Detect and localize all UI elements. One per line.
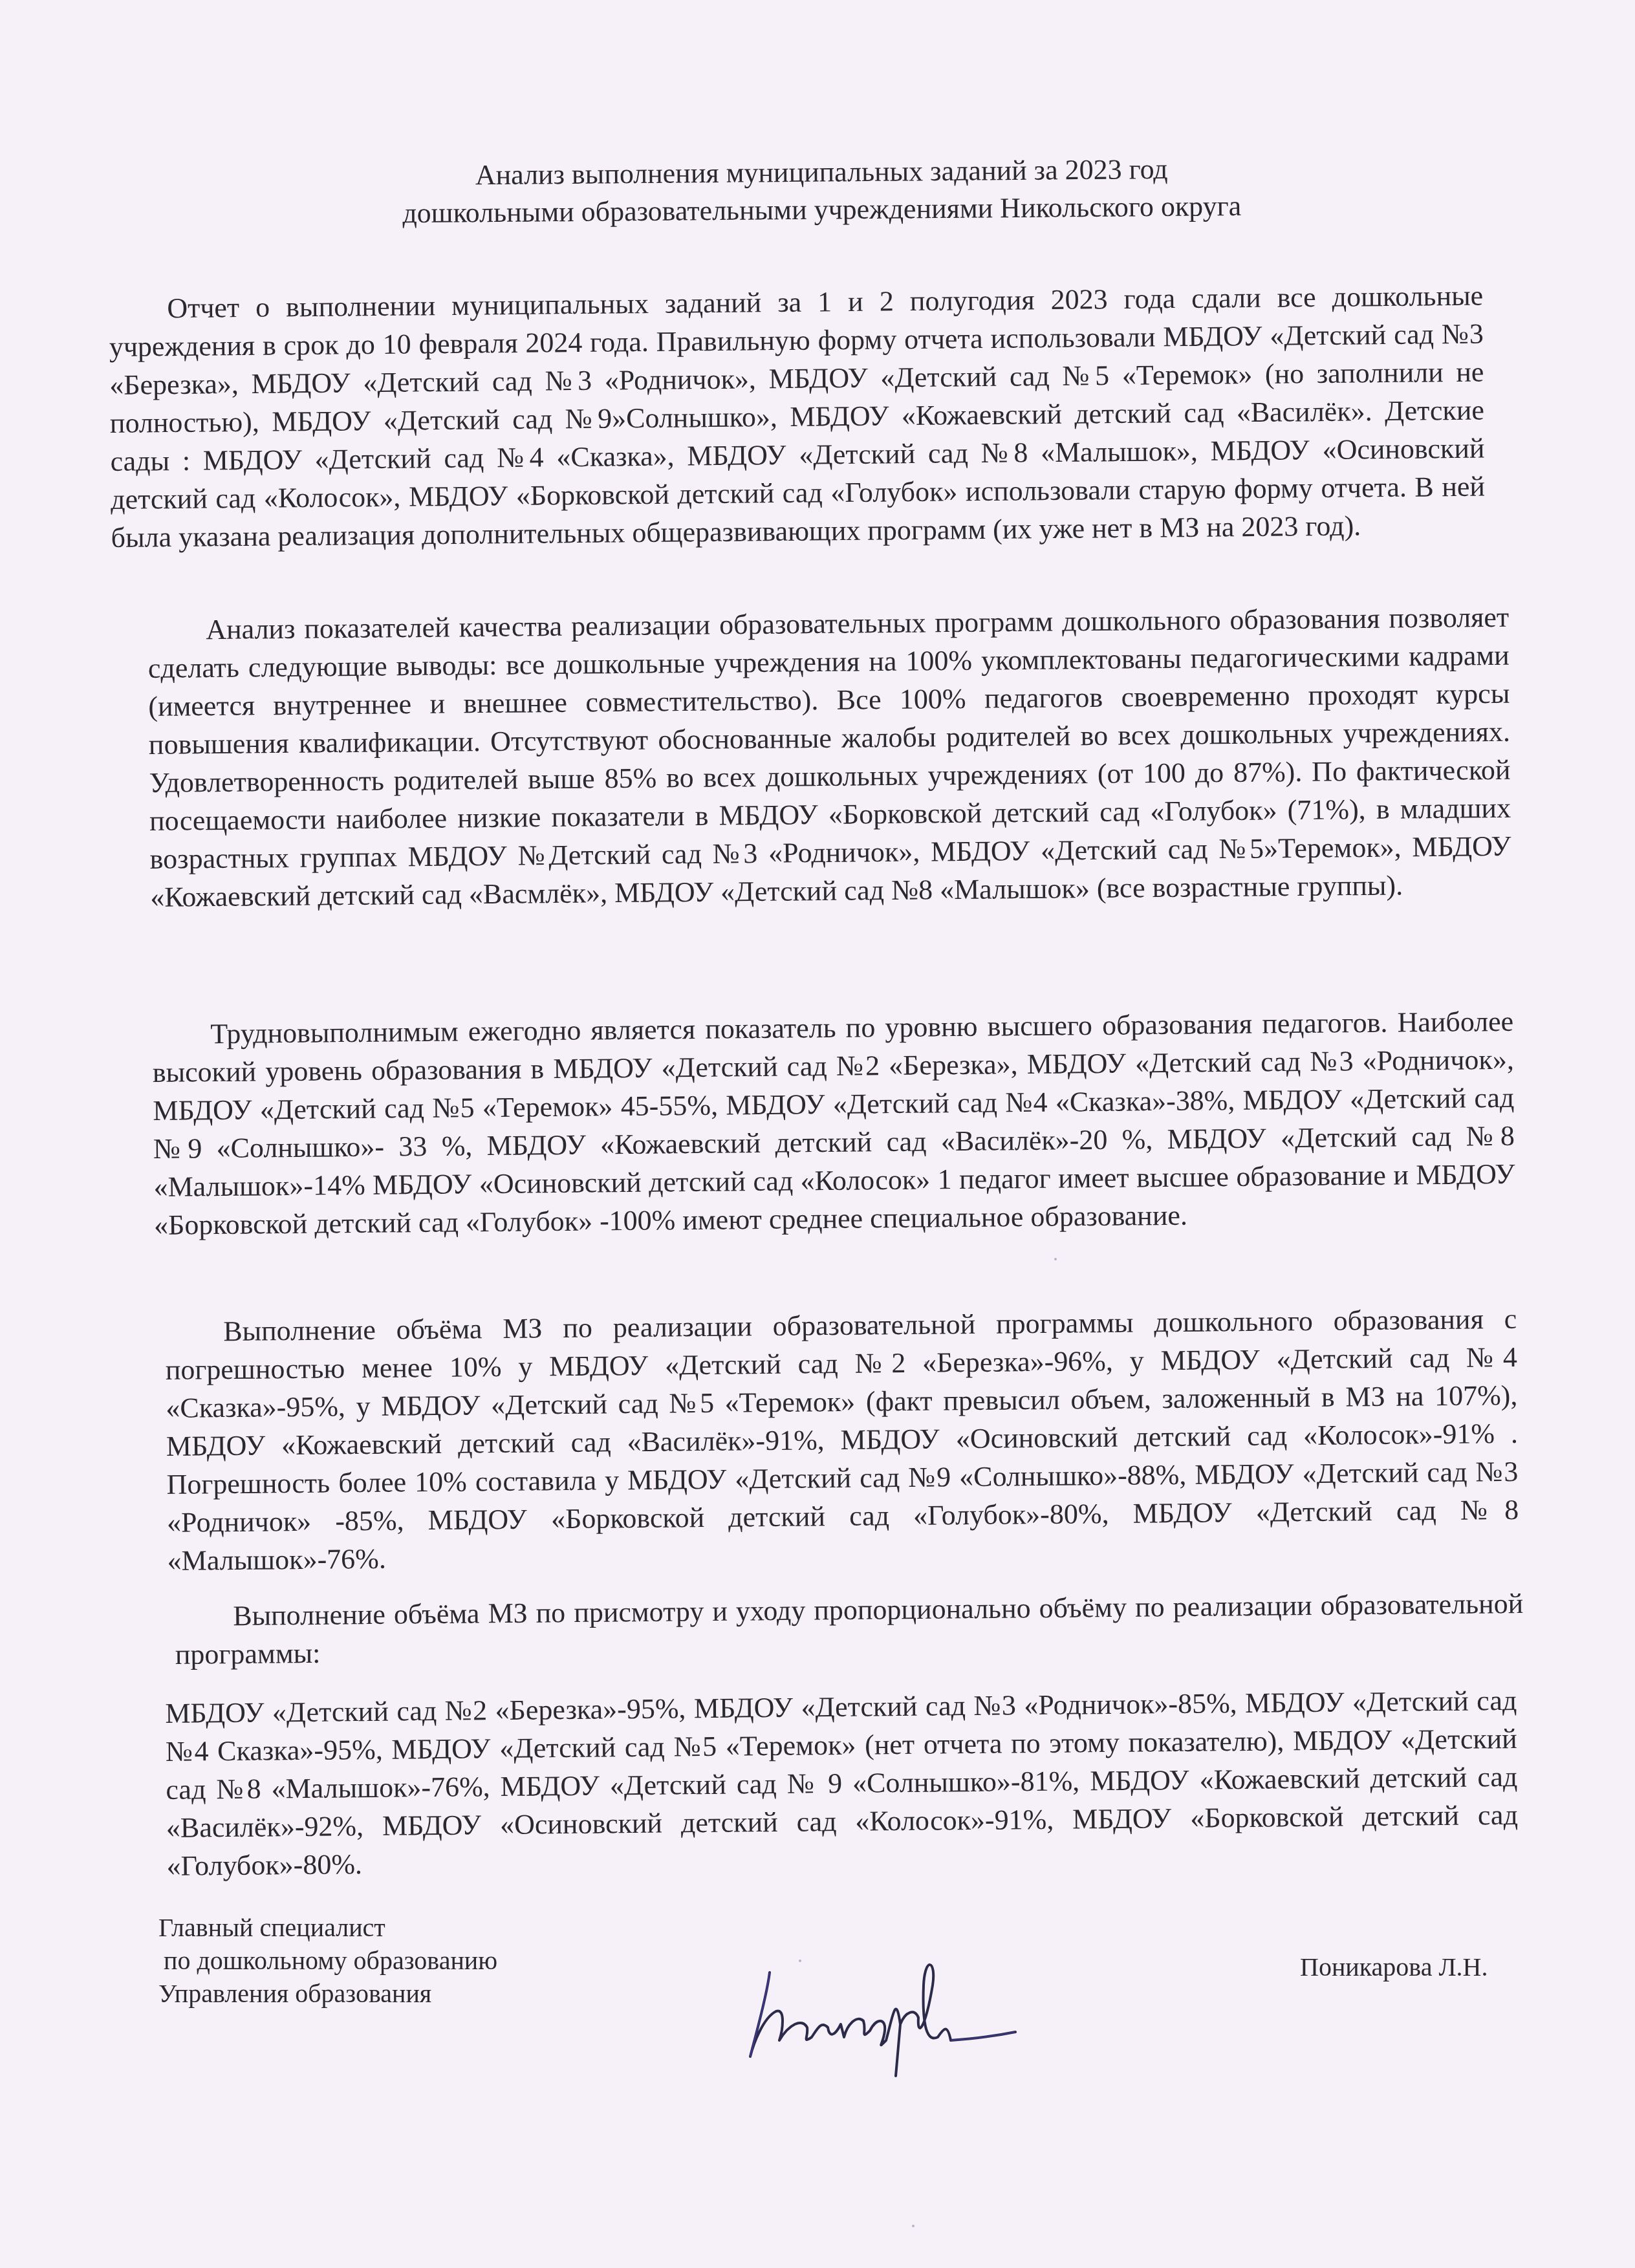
paragraph-higher-education: Трудновыполнимым ежегодно является показ…	[152, 1002, 1515, 1244]
scan-speck	[925, 1361, 927, 1364]
signer-name: Поникарова Л.Н.	[1300, 1952, 1488, 1982]
paragraph-care-volume-list: МБДОУ «Детский сад №2 «Березка»-95%, МБД…	[165, 1681, 1519, 1885]
paragraph-text: МБДОУ «Детский сад №2 «Березка»-95%, МБД…	[165, 1685, 1518, 1882]
paragraph-quality-indicators: Анализ показателей качества реализации о…	[147, 598, 1511, 916]
position-line-3: Управления образования	[158, 1977, 497, 2010]
paragraph-program-volume: Выполнение объёма МЗ по реализации образ…	[165, 1300, 1519, 1580]
scanned-document-page: Анализ выполнения муниципальных заданий …	[0, 0, 1635, 2268]
scan-speck	[912, 2225, 915, 2227]
paragraph-text: Отчет о выполнении муниципальных заданий…	[109, 280, 1486, 554]
document-title: Анализ выполнения муниципальных заданий …	[272, 149, 1372, 233]
position-line-1: Главный специалист	[158, 1911, 497, 1944]
paragraph-text: Анализ показателей качества реализации о…	[148, 601, 1511, 913]
paragraph-text: Выполнение объёма МЗ по реализации образ…	[166, 1303, 1519, 1577]
scan-speck	[799, 1960, 801, 1962]
position-line-2: по дошкольному образованию	[158, 1944, 497, 1977]
paragraph-text: Трудновыполнимым ежегодно является показ…	[153, 1006, 1515, 1241]
paragraph-report-submission: Отчет о выполнении муниципальных заданий…	[109, 277, 1486, 557]
scan-speck	[1054, 1258, 1057, 1260]
signatory-position: Главный специалист по дошкольному образо…	[158, 1911, 497, 2010]
handwritten-signature-icon	[731, 1947, 1022, 2082]
paragraph-text: Выполнение объёма МЗ по присмотру и уход…	[175, 1588, 1524, 1670]
paragraph-care-volume-intro: Выполнение объёма МЗ по присмотру и уход…	[175, 1584, 1524, 1674]
